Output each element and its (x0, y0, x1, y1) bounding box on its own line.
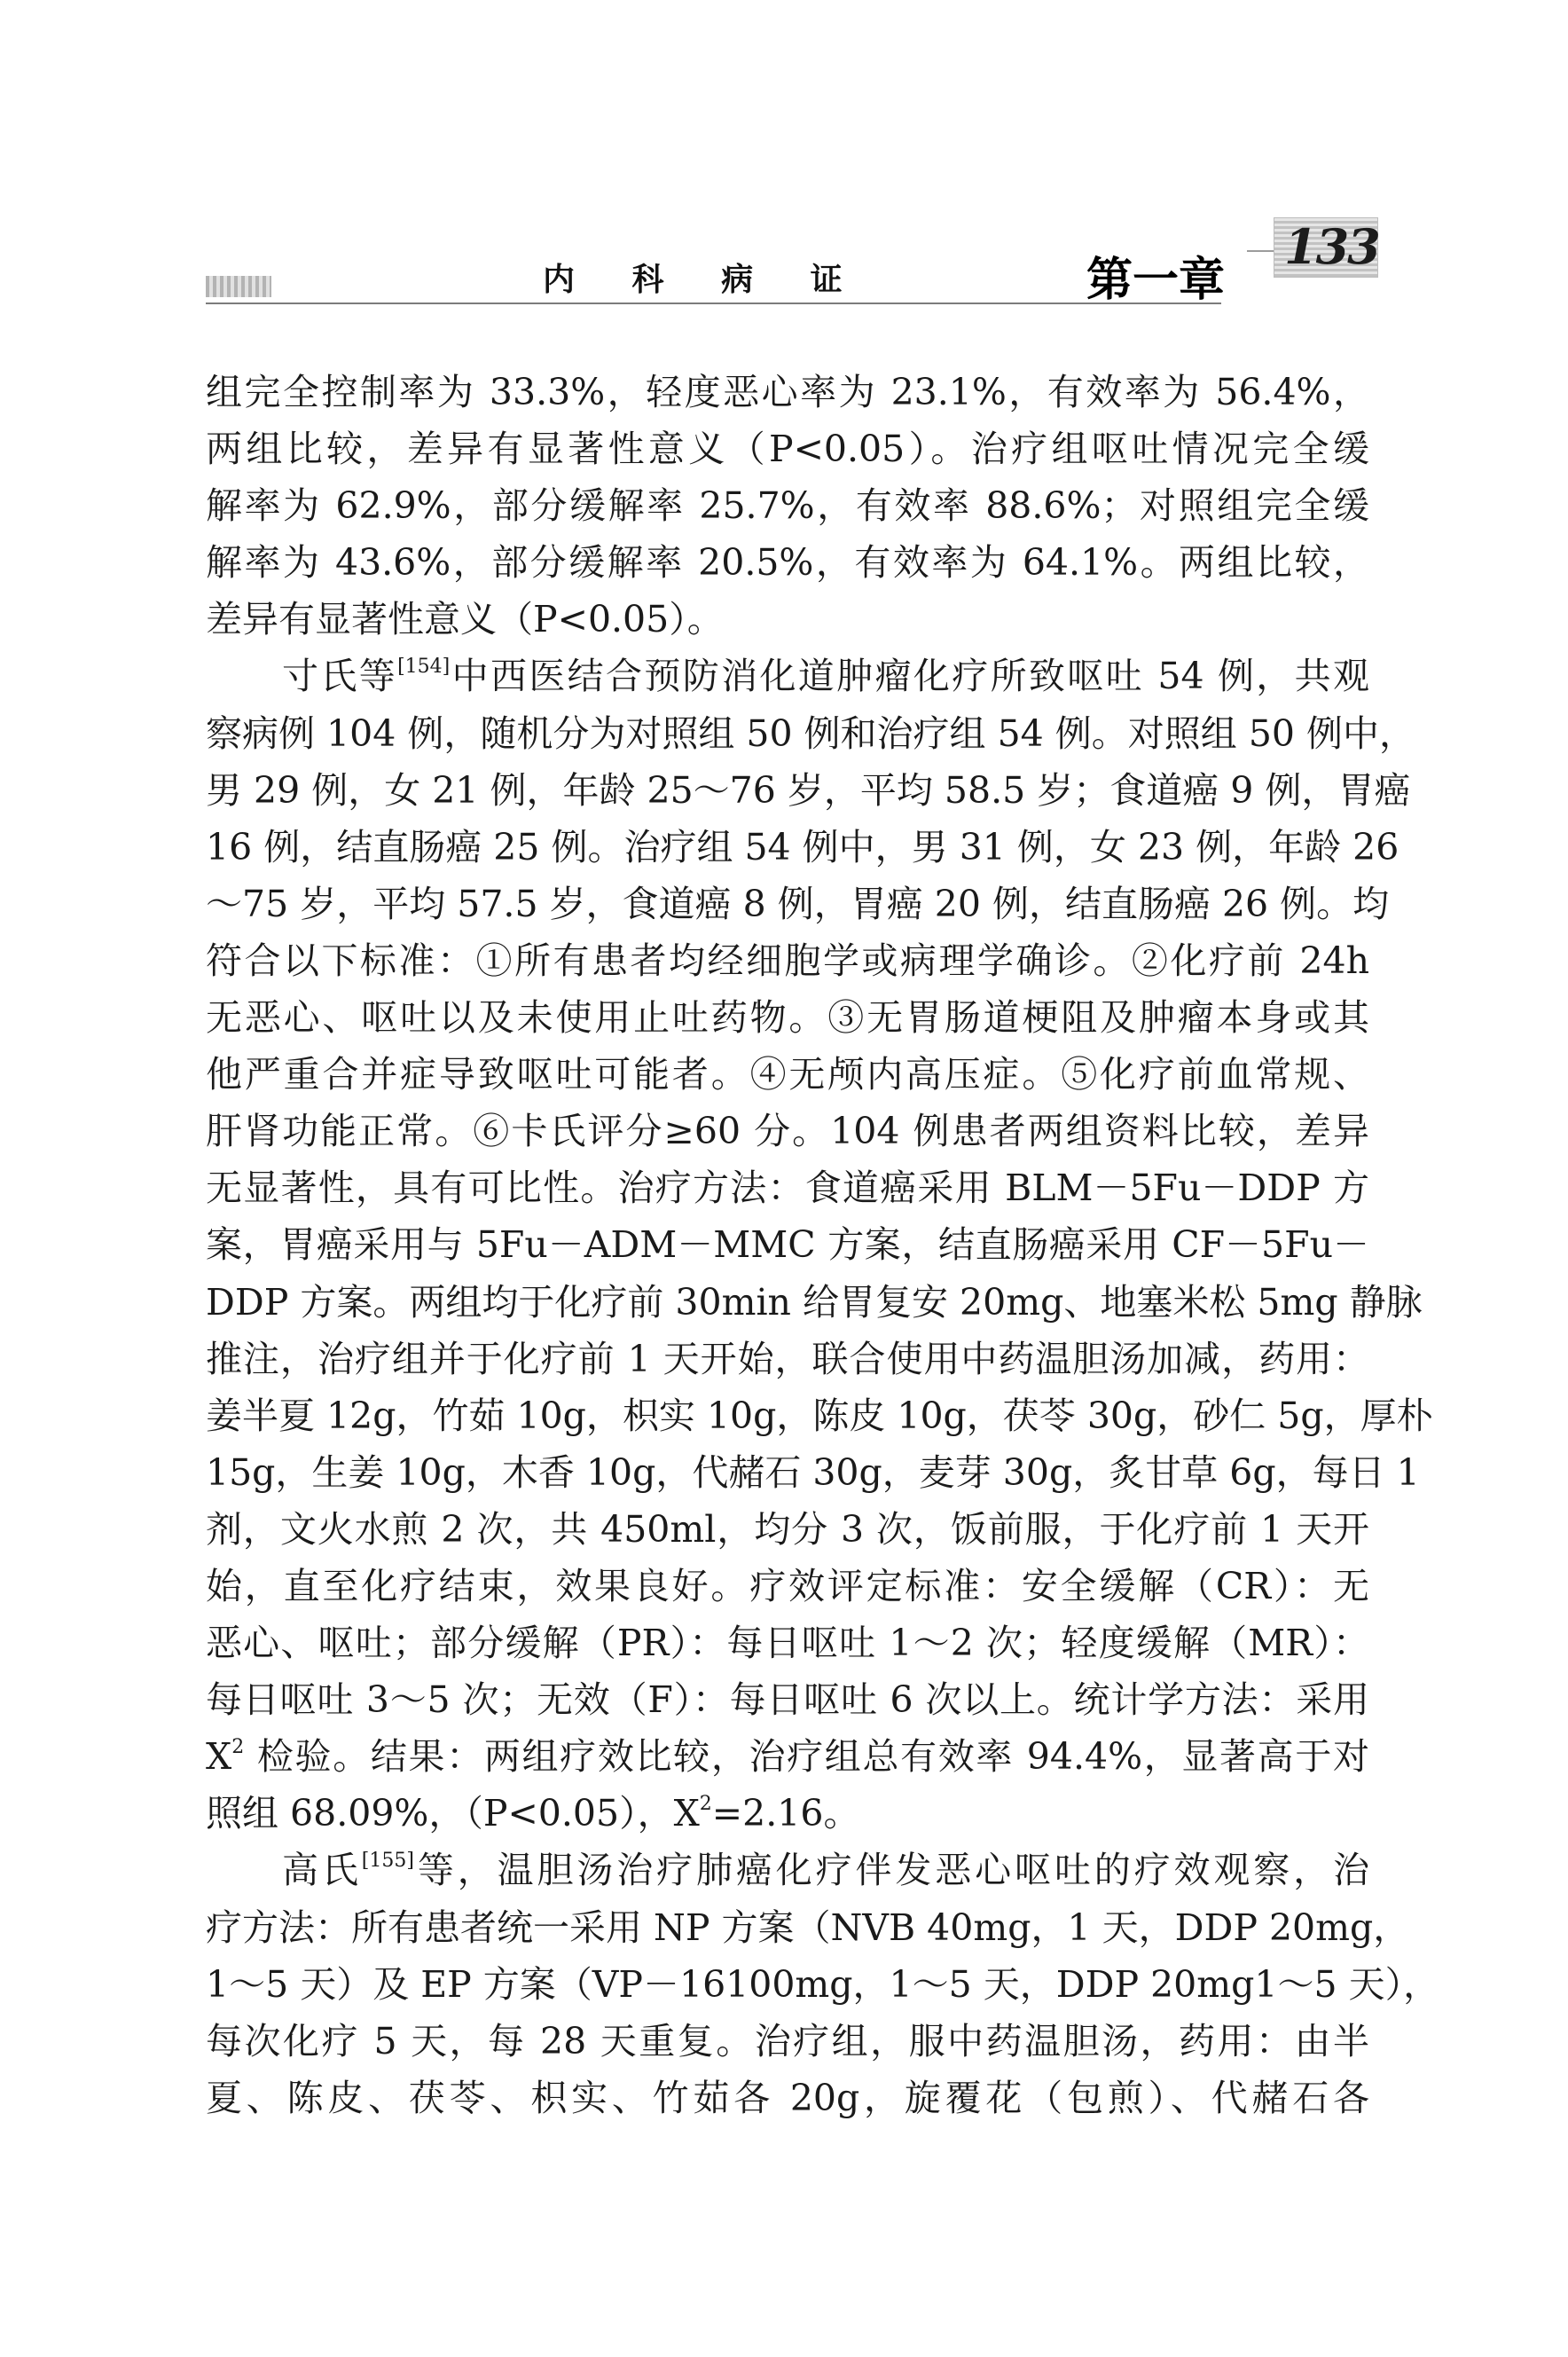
text-line: 符合以下标准：①所有患者均经细胞学或病理学确诊。②化疗前 24h (206, 932, 1369, 989)
text-segment: 15g，生姜 10g，木香 10g，代赭石 30g，麦芽 30g，炙甘草 6g，… (206, 1451, 1420, 1494)
text-segment: 夏、陈皮、茯苓、枳实、竹茹各 20g，旋覆花（包煎）、代赭石各 (206, 2077, 1369, 2119)
text-segment: 始，直至化疗结束，效果良好。疗效评定标准：安全缓解（CR）：无 (206, 1565, 1369, 1607)
chapter-title: 第一章 (1086, 242, 1225, 309)
text-segment: =2.16。 (712, 1792, 860, 1835)
superscript: [154] (397, 656, 450, 678)
text-segment: 检验。结果：两组疗效比较，治疗组总有效率 94.4%，显著高于对 (244, 1735, 1369, 1778)
text-line: 每次化疗 5 天，每 28 天重复。治疗组，服中药温胆汤，药用：由半 (206, 2013, 1369, 2070)
text-line: 无显著性，具有可比性。治疗方法：食道癌采用 BLM－5Fu－DDP 方 (206, 1159, 1369, 1216)
text-segment: 16 例，结直肠癌 25 例。治疗组 54 例中，男 31 例，女 23 例，年… (206, 826, 1399, 868)
text-segment: 案，胃癌采用与 5Fu－ADM－MMC 方案，结直肠癌采用 CF－5Fu－ (206, 1223, 1369, 1266)
text-line: 15g，生姜 10g，木香 10g，代赭石 30g，麦芽 30g，炙甘草 6g，… (206, 1444, 1369, 1501)
text-line: 剂，文火水煎 2 次，共 450ml，均分 3 次，饭前服，于化疗前 1 天开 (206, 1501, 1369, 1558)
text-segment: ～75 岁，平均 57.5 岁，食道癌 8 例，胃癌 20 例，结直肠癌 26 … (206, 883, 1389, 925)
body-text: 组完全控制率为 33.3%，轻度恶心率为 23.1%，有效率为 56.4%，两组… (206, 364, 1369, 2126)
text-line: 男 29 例，女 21 例，年龄 25～76 岁，平均 58.5 岁；食道癌 9… (206, 762, 1369, 819)
text-line: 解率为 43.6%，部分缓解率 20.5%，有效率为 64.1%。两组比较， (206, 534, 1369, 591)
text-line: 寸氏等[154]中西医结合预防消化道肿瘤化疗所致呕吐 54 例，共观 (206, 648, 1369, 704)
text-line: 案，胃癌采用与 5Fu－ADM－MMC 方案，结直肠癌采用 CF－5Fu－ (206, 1216, 1369, 1273)
text-line: 夏、陈皮、茯苓、枳实、竹茹各 20g，旋覆花（包煎）、代赭石各 (206, 2070, 1369, 2126)
text-segment: 照组 68.09%，（P<0.05），X (206, 1792, 700, 1835)
text-segment: 符合以下标准：①所有患者均经细胞学或病理学确诊。②化疗前 24h (206, 939, 1369, 982)
text-segment: 男 29 例，女 21 例，年龄 25～76 岁，平均 58.5 岁；食道癌 9… (206, 769, 1410, 812)
text-line: ～75 岁，平均 57.5 岁，食道癌 8 例，胃癌 20 例，结直肠癌 26 … (206, 876, 1369, 932)
text-segment: 每次化疗 5 天，每 28 天重复。治疗组，服中药温胆汤，药用：由半 (206, 2020, 1369, 2062)
text-line: DDP 方案。两组均于化疗前 30min 给胃复安 20mg、地塞米松 5mg … (206, 1274, 1369, 1331)
text-line: 组完全控制率为 33.3%，轻度恶心率为 23.1%，有效率为 56.4%， (206, 364, 1369, 420)
text-line: 他严重合并症导致呕吐可能者。④无颅内高压症。⑤化疗前血常规、 (206, 1046, 1369, 1103)
text-line: 始，直至化疗结束，效果良好。疗效评定标准：安全缓解（CR）：无 (206, 1558, 1369, 1615)
text-segment: 两组比较，差异有显著性意义（P<0.05）。治疗组呕吐情况完全缓 (206, 428, 1369, 470)
text-segment: 中西医结合预防消化道肿瘤化疗所致呕吐 54 例，共观 (450, 655, 1369, 697)
text-line: 无恶心、呕吐以及未使用止吐药物。③无胃肠道梗阻及肿瘤本身或其 (206, 989, 1369, 1046)
header-rule (206, 302, 1221, 304)
text-segment: 疗方法：所有患者统一采用 NP 方案（NVB 40mg，1 天，DDP 20mg… (206, 1906, 1409, 1949)
text-segment: 姜半夏 12g，竹茹 10g，枳实 10g，陈皮 10g，茯苓 30g，砂仁 5… (206, 1395, 1433, 1437)
text-segment: 无恶心、呕吐以及未使用止吐药物。③无胃肠道梗阻及肿瘤本身或其 (206, 996, 1369, 1039)
text-line: 16 例，结直肠癌 25 例。治疗组 54 例中，男 31 例，女 23 例，年… (206, 819, 1369, 876)
text-line: 照组 68.09%，（P<0.05），X2=2.16。 (206, 1785, 1369, 1842)
page-header: 内 科 病 证 第一章 133 (0, 0, 1568, 337)
text-segment: 解率为 43.6%，部分缓解率 20.5%，有效率为 64.1%。两组比较， (206, 541, 1369, 584)
text-segment: 剂，文火水煎 2 次，共 450ml，均分 3 次，饭前服，于化疗前 1 天开 (206, 1508, 1369, 1551)
text-line: 疗方法：所有患者统一采用 NP 方案（NVB 40mg，1 天，DDP 20mg… (206, 1899, 1369, 1956)
superscript: 2 (231, 1736, 244, 1758)
text-line: 姜半夏 12g，竹茹 10g，枳实 10g，陈皮 10g，茯苓 30g，砂仁 5… (206, 1387, 1369, 1444)
text-segment: 肝肾功能正常。⑥卡氏评分≥60 分。104 例患者两组资料比较，差异 (206, 1110, 1369, 1152)
superscript: [155] (362, 1850, 414, 1872)
text-line: 推注，治疗组并于化疗前 1 天开始，联合使用中药温胆汤加减，药用： (206, 1331, 1369, 1387)
text-line: 解率为 62.9%，部分缓解率 25.7%，有效率 88.6%；对照组完全缓 (206, 477, 1369, 534)
text-segment: 察病例 104 例，随机分为对照组 50 例和治疗组 54 例。对照组 50 例… (206, 712, 1415, 755)
text-line: 每日呕吐 3～5 次；无效（F）：每日呕吐 6 次以上。统计学方法：采用 (206, 1671, 1369, 1728)
text-segment: 每日呕吐 3～5 次；无效（F）：每日呕吐 6 次以上。统计学方法：采用 (206, 1678, 1369, 1721)
text-line: 两组比较，差异有显著性意义（P<0.05）。治疗组呕吐情况完全缓 (206, 420, 1369, 477)
text-segment: 解率为 62.9%，部分缓解率 25.7%，有效率 88.6%；对照组完全缓 (206, 484, 1369, 527)
text-line: X2 检验。结果：两组疗效比较，治疗组总有效率 94.4%，显著高于对 (206, 1728, 1369, 1785)
page-number: 133 (1284, 218, 1379, 275)
text-line: 差异有显著性意义（P<0.05）。 (206, 591, 1369, 648)
text-line: 1～5 天）及 EP 方案（VP－16100mg，1～5 天，DDP 20mg1… (206, 1956, 1369, 2013)
text-segment: 等，温胆汤治疗肺癌化疗伴发恶心呕吐的疗效观察，治 (414, 1849, 1369, 1891)
text-line: 高氏[155]等，温胆汤治疗肺癌化疗伴发恶心呕吐的疗效观察，治 (206, 1842, 1369, 1898)
text-segment: 恶心、呕吐；部分缓解（PR）：每日呕吐 1～2 次；轻度缓解（MR）： (206, 1622, 1369, 1664)
text-segment: 寸氏等 (282, 655, 397, 697)
text-segment: 组完全控制率为 33.3%，轻度恶心率为 23.1%，有效率为 56.4%， (206, 371, 1369, 413)
text-line: 恶心、呕吐；部分缓解（PR）：每日呕吐 1～2 次；轻度缓解（MR）： (206, 1615, 1369, 1671)
text-segment: DDP 方案。两组均于化疗前 30min 给胃复安 20mg、地塞米松 5mg … (206, 1281, 1423, 1324)
superscript: 2 (700, 1793, 712, 1815)
header-decoration (206, 276, 271, 297)
text-segment: 高氏 (282, 1849, 362, 1891)
text-segment: 推注，治疗组并于化疗前 1 天开始，联合使用中药温胆汤加减，药用： (206, 1338, 1369, 1380)
text-segment: 他严重合并症导致呕吐可能者。④无颅内高压症。⑤化疗前血常规、 (206, 1053, 1369, 1096)
running-title: 内 科 病 证 (543, 255, 866, 300)
text-segment: X (206, 1735, 231, 1778)
text-line: 肝肾功能正常。⑥卡氏评分≥60 分。104 例患者两组资料比较，差异 (206, 1103, 1369, 1159)
text-segment: 差异有显著性意义（P<0.05）。 (206, 598, 724, 640)
text-line: 察病例 104 例，随机分为对照组 50 例和治疗组 54 例。对照组 50 例… (206, 705, 1369, 762)
text-segment: 1～5 天）及 EP 方案（VP－16100mg，1～5 天，DDP 20mg1… (206, 1963, 1439, 2006)
text-segment: 无显著性，具有可比性。治疗方法：食道癌采用 BLM－5Fu－DDP 方 (206, 1167, 1369, 1209)
